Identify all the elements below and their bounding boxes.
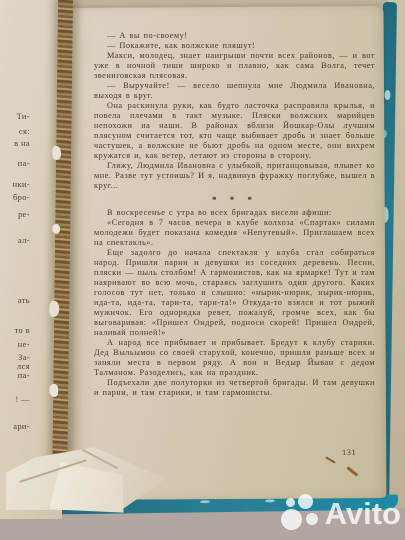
- avito-logo-icon: [281, 494, 321, 534]
- left-page-text-fragment: ари-: [0, 422, 30, 431]
- torn-paper-bit: [52, 224, 60, 234]
- left-page-text-fragment: не-: [0, 340, 30, 349]
- paragraph: Подъехали две полуторки из четвертой бри…: [94, 378, 375, 398]
- book-photo: Ти- ся: в на па- нки- бро- ре- ал- ать т…: [0, 0, 405, 540]
- cover-worn-spot: [384, 90, 390, 100]
- paragraph: Еще задолго до начала спектакля у клуба …: [94, 248, 375, 338]
- left-page-text-fragment: ре-: [0, 210, 30, 219]
- logo-circle: [286, 498, 295, 507]
- paragraph: Гляжу, Людмила Ивановна с улыбкой, прита…: [94, 161, 375, 191]
- left-page-text-fragment: ся:: [0, 127, 30, 136]
- page-text-column: — А вы по-своему! — Покажите, как волжск…: [94, 31, 375, 398]
- left-page-text-fragment: ал-: [0, 236, 30, 245]
- left-page-text-fragment: бро-: [0, 193, 30, 202]
- left-page-text-fragment: то в: [0, 326, 30, 335]
- paragraph: Она раскинула руки, как будто ласточка р…: [94, 101, 375, 161]
- left-page-text-fragment: нки-: [0, 180, 30, 189]
- logo-circle: [298, 494, 313, 509]
- paragraph: В воскресенье с утра во всех бригадах ви…: [94, 208, 375, 218]
- paragraph: А народ все прибывает и прибывает. Бреду…: [94, 338, 375, 378]
- paragraph: Макси, молодец, знает наигрыши почти все…: [94, 51, 375, 81]
- torn-paper-bit: [49, 301, 59, 317]
- page-number: 131: [342, 447, 356, 457]
- left-page-text-fragment: па-: [0, 159, 30, 168]
- left-page-text-fragment: ! —: [0, 395, 30, 404]
- left-page-text-fragment: ать: [0, 296, 30, 305]
- left-page-text-fragment: Ти-: [0, 112, 30, 121]
- torn-paper-bit: [52, 146, 61, 160]
- paragraph: «Сегодня в 7 часов вечера в клубе колхоз…: [94, 218, 375, 248]
- cover-worn-spot: [200, 500, 210, 503]
- section-separator: * * *: [94, 195, 375, 205]
- left-page-text-fragment: в на: [0, 139, 30, 148]
- torn-paper-bit: [49, 384, 58, 397]
- logo-circle: [306, 513, 318, 525]
- logo-circle: [281, 509, 302, 530]
- paragraph-dialog: — А вы по-своему!: [94, 31, 375, 41]
- left-page-text-fragment: па-: [0, 371, 30, 380]
- cover-worn-spot: [265, 499, 275, 502]
- left-page-text-fragment: За-: [0, 353, 30, 362]
- paragraph-dialog: — Покажите, как волжские пляшут!: [94, 41, 375, 51]
- left-page-text-fragment: лся: [0, 362, 30, 371]
- avito-watermark-text: Avito: [325, 496, 401, 532]
- paragraph-dialog: — Выручайте! — весело шепнула мне Людмил…: [94, 81, 375, 101]
- avito-watermark: Avito: [281, 494, 401, 534]
